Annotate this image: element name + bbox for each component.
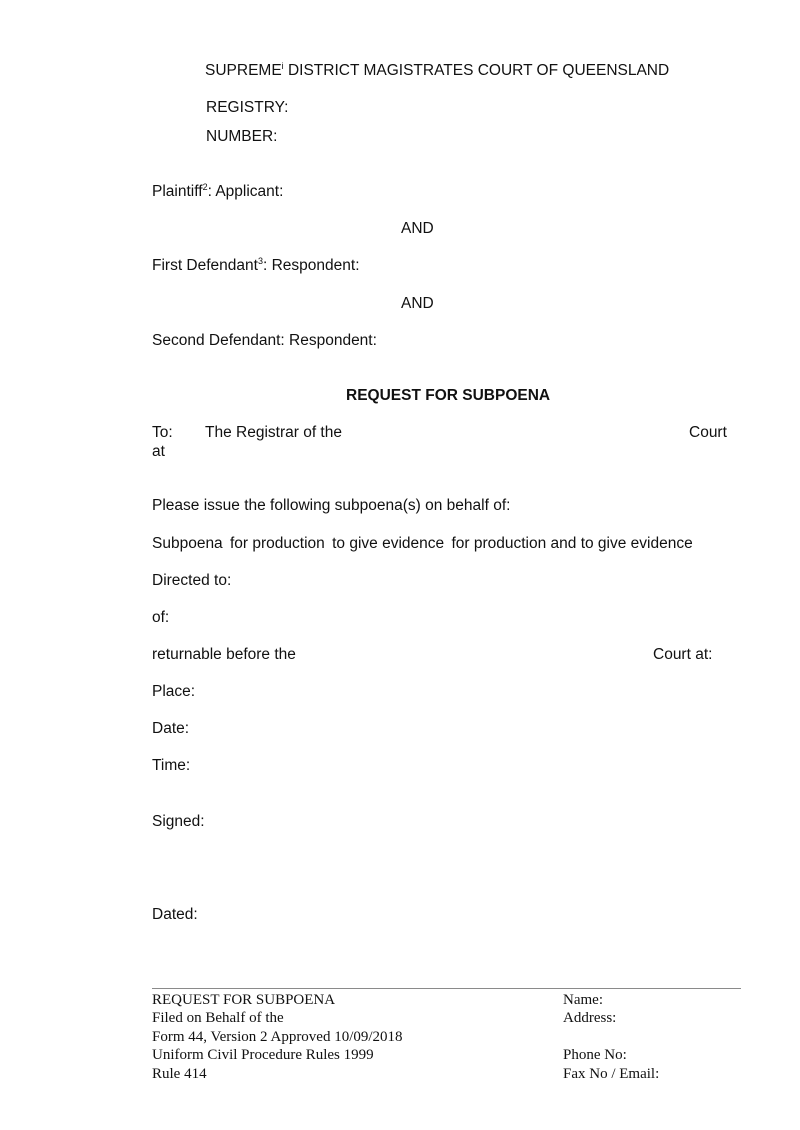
court-heading: SUPREMEi DISTRICT MAGISTRATES COURT OF Q… [205,63,669,79]
footer-name-label: Name: [563,993,603,1008]
signed-label: Signed: [152,814,205,830]
registry-field[interactable] [300,98,600,116]
issue-instruction: Please issue the following subpoena(s) o… [152,498,510,514]
directed-to-field[interactable] [245,571,725,589]
footer-fax-email-label: Fax No / Email: [563,1067,659,1082]
date-label: Date: [152,721,189,737]
of-field[interactable] [180,608,720,626]
registry-label: REGISTRY: [206,100,288,116]
footer-filed-on-behalf: Filed on Behalf of the [152,1011,284,1026]
footer-divider [152,988,741,989]
plaintiff-field[interactable] [300,182,720,200]
footnote-marker: i [282,61,284,71]
directed-to-label: Directed to: [152,573,231,589]
first-defendant-field[interactable] [375,256,725,274]
and-separator-2: AND [401,296,434,312]
plaintiff-text: Plaintiff [152,183,203,200]
option-for-production[interactable]: for production [230,535,325,552]
place-label: Place: [152,684,195,700]
time-label: Time: [152,758,190,774]
date-field[interactable] [200,719,500,737]
footer-address-label: Address: [563,1011,616,1026]
court-option-supreme[interactable]: SUPREME [205,62,282,79]
and-separator-1: AND [401,221,434,237]
court-word: Court [689,425,727,441]
second-defendant-label: Second Defendant: Respondent: [152,333,377,349]
court-name-field[interactable] [355,423,680,441]
second-defendant-field[interactable] [392,331,722,349]
subpoena-type-row: Subpoena for production to give evidence… [152,536,693,552]
to-label: To: [152,425,173,441]
option-to-give-evidence[interactable]: to give evidence [332,535,444,552]
at-word: at [152,444,165,460]
document-title: REQUEST FOR SUBPOENA [346,388,550,404]
first-defendant-text: First Defendant [152,257,258,274]
signature-field[interactable] [215,812,515,862]
court-at-label: Court at: [653,647,712,663]
returnable-label: returnable before the [152,647,296,663]
first-defendant-label: First Defendant3: Respondent: [152,258,360,274]
returnable-court-field[interactable] [310,645,640,663]
place-field[interactable] [205,682,705,700]
of-label: of: [152,610,169,626]
footer-rules: Uniform Civil Procedure Rules 1999 [152,1048,374,1063]
footnote-marker: 3 [258,256,263,266]
respondent-text: : Respondent: [263,257,360,274]
applicant-text: : Applicant: [208,183,284,200]
dated-label: Dated: [152,907,198,923]
dated-field[interactable] [210,905,510,923]
footer-form-version: Form 44, Version 2 Approved 10/09/2018 [152,1030,403,1045]
footer-rule-number: Rule 414 [152,1067,207,1082]
number-label: NUMBER: [206,129,277,145]
number-field[interactable] [290,127,590,145]
registrar-text: The Registrar of the [205,425,342,441]
subpoena-word: Subpoena [152,535,223,552]
footer-form-title: REQUEST FOR SUBPOENA [152,993,335,1008]
footnote-marker: 2 [203,182,208,192]
time-field[interactable] [200,756,500,774]
option-production-and-evidence[interactable]: for production and to give evidence [451,535,692,552]
footer-phone-label: Phone No: [563,1048,627,1063]
plaintiff-label: Plaintiff2: Applicant: [152,184,283,200]
court-location-field[interactable] [172,442,572,460]
on-behalf-of-field[interactable] [530,496,730,514]
court-options-rest[interactable]: DISTRICT MAGISTRATES COURT OF QUEENSLAND [284,62,670,79]
